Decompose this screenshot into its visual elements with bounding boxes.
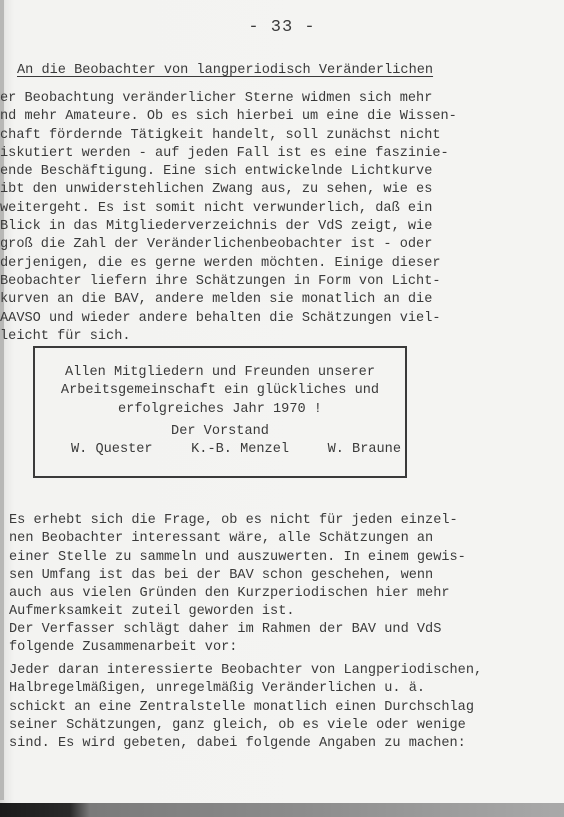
paragraph-proposal: Der Verfasser schlägt daher im Rahmen de… xyxy=(9,621,441,658)
signatory: W. Braune xyxy=(328,442,401,457)
scanned-page: - 33 - An die Beobachter von langperiodi… xyxy=(0,0,564,817)
article-heading: An die Beobachter von langperiodisch Ver… xyxy=(17,63,433,78)
paragraph-intro: er Beobachtung veränderlicher Sterne wid… xyxy=(0,90,457,346)
greeting-message: Allen Mitgliedern und Freunden unserer A… xyxy=(35,364,405,419)
signatory: W. Quester xyxy=(71,442,153,457)
paragraph-question: Es erhebt sich die Frage, ob es nicht fü… xyxy=(9,512,466,622)
page-number: - 33 - xyxy=(0,18,564,37)
scan-bottom-edge xyxy=(0,803,564,817)
signatory: K.-B. Menzel xyxy=(191,442,289,457)
paragraph-instructions: Jeder daran interessierte Beobachter von… xyxy=(9,662,482,753)
signatories: W. Quester K.-B. Menzel W. Braune xyxy=(71,442,401,457)
greeting-signed-by: Der Vorstand xyxy=(35,424,405,439)
new-year-greeting-box: Allen Mitgliedern und Freunden unserer A… xyxy=(33,346,407,478)
